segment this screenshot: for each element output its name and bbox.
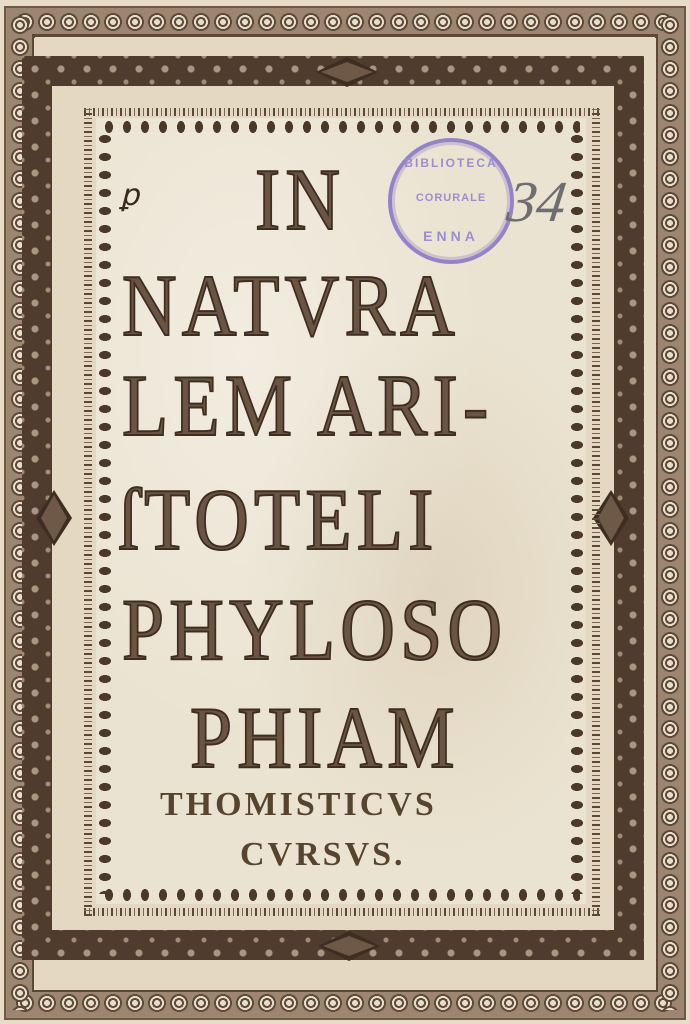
subtitle-line-2: CVRSVS. bbox=[240, 836, 690, 874]
stamp-top-text: BIBLIOTECA bbox=[392, 156, 510, 170]
marginal-mark: ꝑ bbox=[120, 178, 139, 213]
title-line-5: PHYLOSO bbox=[122, 580, 690, 681]
comma-ornaments-left bbox=[98, 130, 112, 894]
title-line-3: LEM ARI- bbox=[122, 356, 690, 457]
lace-border-left bbox=[84, 108, 92, 916]
library-stamp: BIBLIOTECA CORURALE ENNA bbox=[388, 138, 514, 264]
stamp-bottom-text: ENNA bbox=[392, 228, 510, 244]
shelfmark-number: 34 bbox=[503, 168, 570, 235]
lace-border-top bbox=[84, 108, 600, 116]
title-line-4: ſTOTELI bbox=[118, 470, 690, 571]
title-line-2: NATVRA bbox=[122, 256, 690, 357]
comma-ornaments-bottom bbox=[100, 888, 580, 902]
comma-ornaments-top bbox=[100, 120, 580, 134]
manuscript-page: ꝑ IN NATVRA LEM ARI- ſTOTELI PHYLOSO PHI… bbox=[0, 0, 690, 1024]
title-line-6: PHIAM bbox=[190, 688, 690, 789]
stamp-middle-text: CORURALE bbox=[392, 192, 510, 204]
lace-border-bottom bbox=[84, 908, 600, 916]
subtitle-line-1: THOMISTICVS bbox=[160, 786, 690, 824]
